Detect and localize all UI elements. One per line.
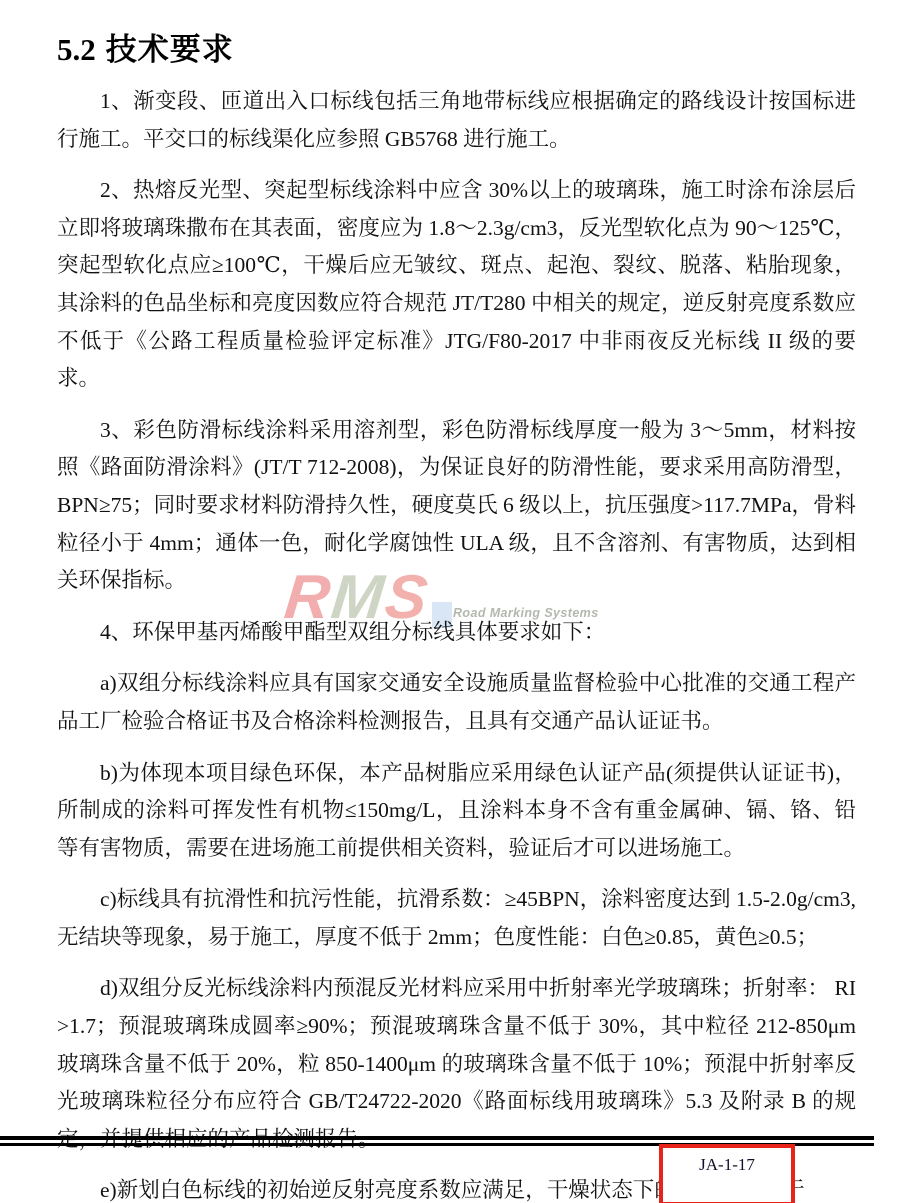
section-title: 技术要求 (106, 32, 234, 67)
page-number: JA-1-17 (699, 1155, 755, 1174)
paragraph-2: 2、热熔反光型、突起型标线涂料中应含 30%以上的玻璃珠，施工时涂布涂层后立即将… (57, 172, 856, 398)
paragraph-4c: c)标线具有抗滑性和抗污性能，抗滑系数：≥45BPN，涂料密度达到 1.5-2.… (57, 881, 856, 956)
document-content: 5.2技术要求 1、渐变段、匝道出入口标线包括三角地带标线应根据确定的路线设计按… (0, 0, 912, 1203)
section-heading: 5.2技术要求 (57, 24, 856, 69)
paragraph-4d: d)双组分反光标线涂料内预混反光材料应采用中折射率光学玻璃珠；折射率： RI >… (57, 970, 856, 1158)
section-number: 5.2 (57, 32, 96, 67)
paragraph-3: 3、彩色防滑标线涂料采用溶剂型，彩色防滑标线厚度一般为 3～5mm，材料按照《路… (57, 412, 856, 600)
document-page: RMS Road Marking Systems 5.2技术要求 1、渐变段、匝… (0, 0, 912, 1203)
paragraph-4a: a)双组分标线涂料应具有国家交通安全设施质量监督检验中心批准的交通工程产品工厂检… (57, 665, 856, 740)
paragraph-4: 4、环保甲基丙烯酸甲酯型双组分标线具体要求如下： (57, 614, 856, 652)
page-number-box: JA-1-17 (659, 1144, 795, 1203)
paragraph-4b: b)为体现本项目绿色环保，本产品树脂应采用绿色认证产品(须提供认证证书)，所制成… (57, 755, 856, 868)
paragraph-1: 1、渐变段、匝道出入口标线包括三角地带标线应根据确定的路线设计按国标进行施工。平… (57, 83, 856, 158)
